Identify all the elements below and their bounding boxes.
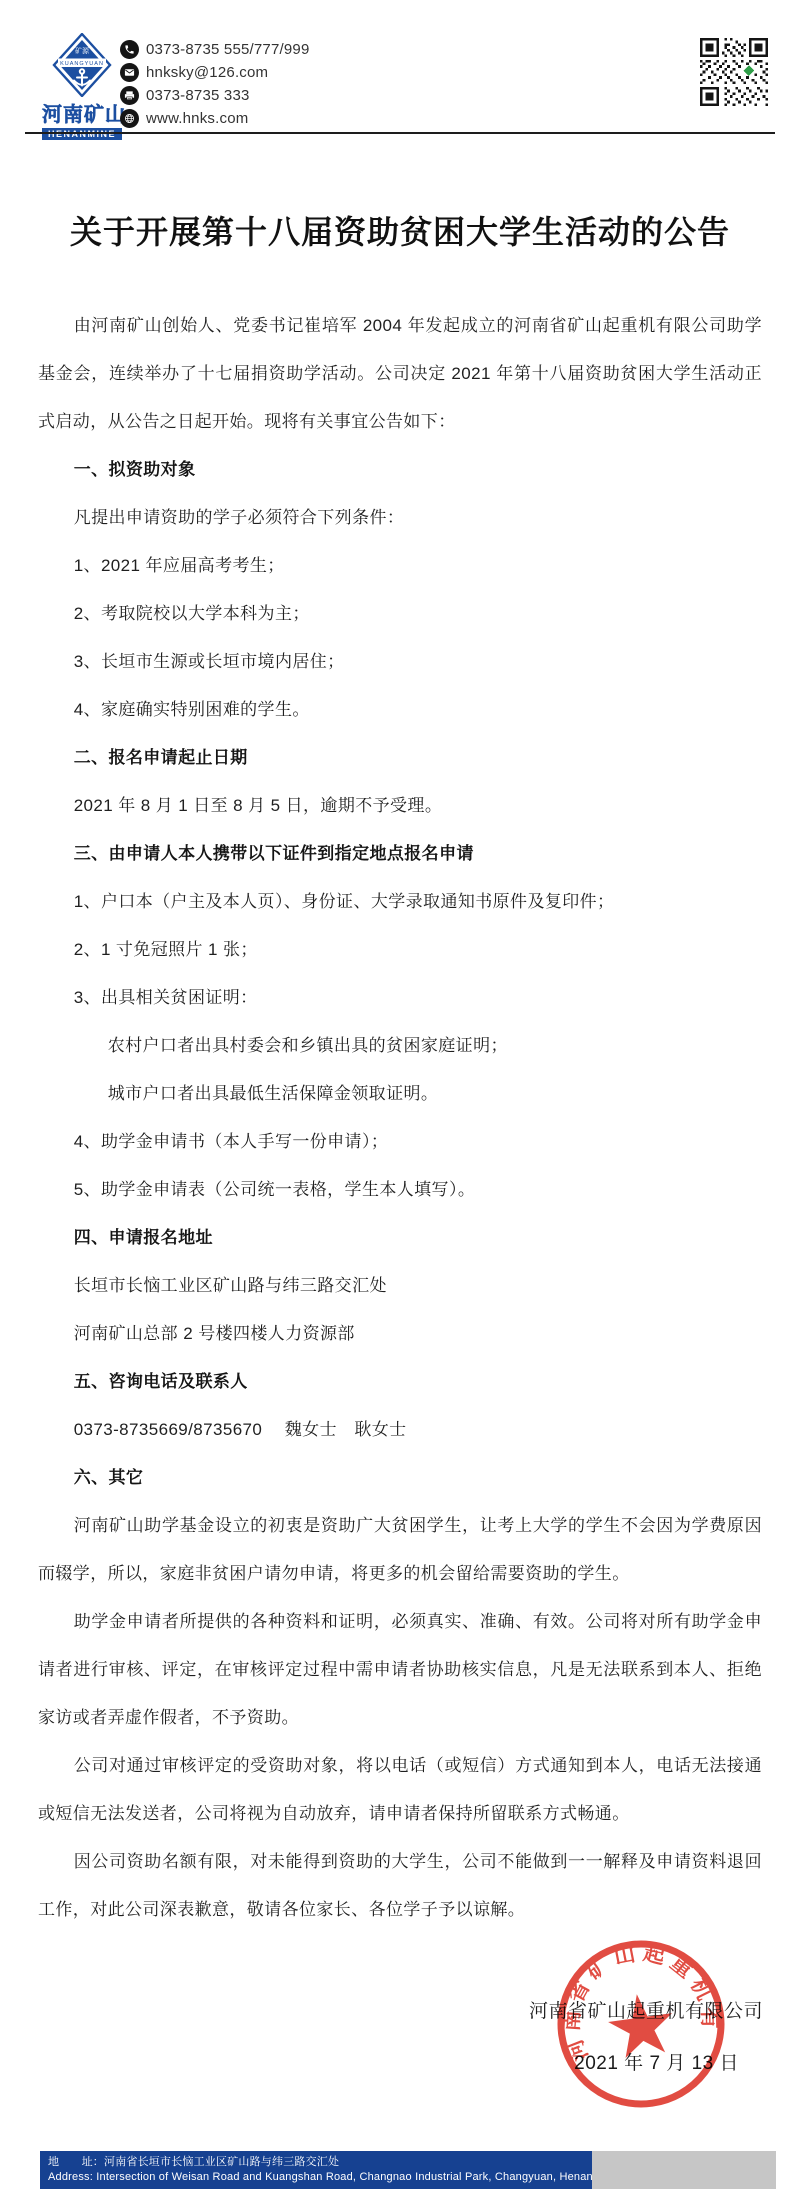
- body-line: 2021 年 8 月 1 日至 8 月 5 日，逾期不予受理。: [38, 782, 762, 830]
- email-icon: [120, 63, 139, 82]
- email-address: hnksky@126.com: [146, 64, 268, 81]
- contact-phone: 0373-8735 555/777/999: [120, 38, 310, 60]
- list-item: 4、家庭确实特别困难的学生。: [38, 686, 762, 734]
- footer-address-bar: 地 址：河南省长垣市长恼工业区矿山路与纬三路交汇处 Address: Inter…: [40, 2151, 592, 2189]
- fax-icon: [120, 86, 139, 105]
- body-line: 长垣市长恼工业区矿山路与纬三路交汇处: [38, 1262, 762, 1310]
- logo-top-glyph: 矿源: [75, 46, 90, 55]
- list-item: 2、1 寸免冠照片 1 张；: [38, 926, 762, 974]
- list-item: 2、考取院校以大学本科为主；: [38, 590, 762, 638]
- contact-phone-line: 0373-8735669/8735670 魏女士 耿女士: [38, 1406, 762, 1454]
- company-seal-stamp: 河南省矿山起重机有限公司: [542, 1925, 741, 2124]
- section-heading-3: 三、由申请人本人携带以下证件到指定地点报名申请: [38, 830, 762, 878]
- globe-icon: [120, 109, 139, 128]
- body-line: 河南矿山总部 2 号楼四楼人力资源部: [38, 1310, 762, 1358]
- page-title: 关于开展第十八届资助贫困大学生活动的公告: [0, 207, 800, 253]
- document-body: 由河南矿山创始人、党委书记崔培军 2004 年发起成立的河南省矿山起重机有限公司…: [38, 302, 762, 1934]
- intro-paragraph: 由河南矿山创始人、党委书记崔培军 2004 年发起成立的河南省矿山起重机有限公司…: [38, 302, 762, 446]
- qr-code: [700, 38, 768, 106]
- phone-icon: [120, 40, 139, 59]
- footer-gray-segment: [592, 2151, 776, 2189]
- fax-number: 0373-8735 333: [146, 87, 250, 104]
- logo-name-en: HENANMINE: [42, 128, 122, 140]
- contact-email: hnksky@126.com: [120, 61, 310, 83]
- logo-diamond-icon: 矿源 KUANGYUAN: [52, 33, 112, 97]
- section-heading-6: 六、其它: [38, 1454, 762, 1502]
- list-item: 4、助学金申请书（本人手写一份申请）；: [38, 1118, 762, 1166]
- logo-badge-text: KUANGYUAN: [60, 61, 104, 67]
- contact-info: 0373-8735 555/777/999 hnksky@126.com 037…: [120, 38, 310, 130]
- paragraph: 助学金申请者所提供的各种资料和证明，必须真实、准确、有效。公司将对所有助学金申请…: [38, 1598, 762, 1742]
- contact-website: www.hnks.com: [120, 107, 310, 129]
- paragraph: 因公司资助名额有限，对未能得到资助的大学生，公司不能做到一一解释及申请资料退回工…: [38, 1838, 762, 1934]
- sub-item: 城市户口者出具最低生活保障金领取证明。: [38, 1070, 762, 1118]
- company-logo: 矿源 KUANGYUAN 河南矿山 HENANMINE: [42, 33, 122, 140]
- section-heading-4: 四、申请报名地址: [38, 1214, 762, 1262]
- list-item: 5、助学金申请表（公司统一表格，学生本人填写）。: [38, 1166, 762, 1214]
- phone-number: 0373-8735 555/777/999: [146, 41, 310, 58]
- website-url: www.hnks.com: [146, 110, 248, 127]
- body-line: 凡提出申请资助的学子必须符合下列条件：: [38, 494, 762, 542]
- list-item: 3、出具相关贫困证明：: [38, 974, 762, 1022]
- list-item: 1、2021 年应届高考考生；: [38, 542, 762, 590]
- paragraph: 河南矿山助学基金设立的初衷是资助广大贫困学生，让考上大学的学生不会因为学费原因而…: [38, 1502, 762, 1598]
- section-heading-1: 一、拟资助对象: [38, 446, 762, 494]
- list-item: 3、长垣市生源或长垣市境内居住；: [38, 638, 762, 686]
- logo-name-cn: 河南矿山: [42, 98, 122, 127]
- announcement-page: 矿源 KUANGYUAN 河南矿山 HENANMINE 0373-8735 55…: [0, 0, 800, 2208]
- section-heading-2: 二、报名申请起止日期: [38, 734, 762, 782]
- section-heading-5: 五、咨询电话及联系人: [38, 1358, 762, 1406]
- paragraph: 公司对通过审核评定的受资助对象，将以电话（或短信）方式通知到本人，电话无法接通或…: [38, 1742, 762, 1838]
- seal-star-icon: [605, 1990, 678, 2060]
- header-divider: [25, 132, 775, 134]
- footer-address-en: Address: Intersection of Weisan Road and…: [48, 2170, 592, 2185]
- footer-address-cn: 地 址：河南省长垣市长恼工业区矿山路与纬三路交汇处: [48, 2155, 592, 2170]
- list-item: 1、户口本（户主及本人页）、身份证、大学录取通知书原件及复印件；: [38, 878, 762, 926]
- sub-item: 农村户口者出具村委会和乡镇出具的贫困家庭证明；: [38, 1022, 762, 1070]
- contact-fax: 0373-8735 333: [120, 84, 310, 106]
